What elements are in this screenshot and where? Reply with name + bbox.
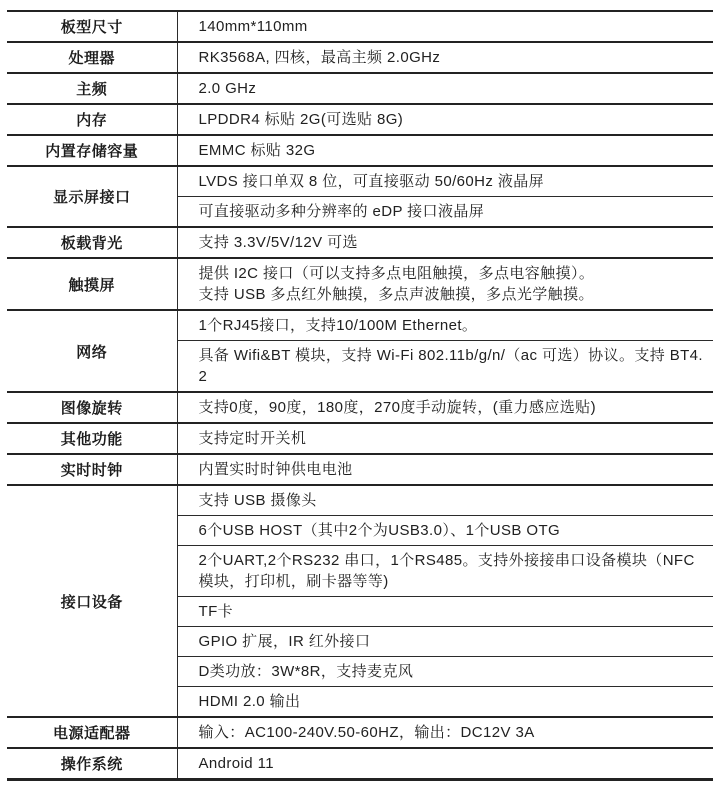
spec-value-line: EMMC 标贴 32G xyxy=(199,140,704,161)
spec-row: 图像旋转支持0度，90度，180度，270度手动旋转，(重力感应选贴) xyxy=(7,392,713,423)
spec-row: 显示屏接口LVDS 接口单双 8 位，可直接驱动 50/60Hz 液晶屏 xyxy=(7,166,713,197)
spec-value: LPDDR4 标贴 2G(可选贴 8G) xyxy=(177,104,713,135)
spec-label: 板载背光 xyxy=(7,227,177,258)
spec-value: 6个USB HOST（其中2个为USB3.0）、1个USB OTG xyxy=(177,516,713,546)
spec-row: 触摸屏提供 I2C 接口（可以支持多点电阻触摸，多点电容触摸）。支持 USB 多… xyxy=(7,258,713,310)
spec-value-line: 6个USB HOST（其中2个为USB3.0）、1个USB OTG xyxy=(199,520,704,541)
spec-value-line: Android 11 xyxy=(199,753,704,774)
spec-row: 实时时钟内置实时时钟供电电池 xyxy=(7,454,713,485)
spec-label: 实时时钟 xyxy=(7,454,177,485)
spec-label: 接口设备 xyxy=(7,485,177,717)
spec-value: 内置实时时钟供电电池 xyxy=(177,454,713,485)
spec-value-line: 支持 USB 多点红外触摸，多点声波触摸，多点光学触摸。 xyxy=(199,284,704,305)
spec-value-line: 1个RJ45接口，支持10/100M Ethernet。 xyxy=(199,315,704,336)
spec-value: 支持 USB 摄像头 xyxy=(177,485,713,516)
spec-value-line: 2.0 GHz xyxy=(199,78,704,99)
spec-value: LVDS 接口单双 8 位，可直接驱动 50/60Hz 液晶屏 xyxy=(177,166,713,197)
spec-label: 显示屏接口 xyxy=(7,166,177,227)
spec-row: 内置存储容量EMMC 标贴 32G xyxy=(7,135,713,166)
spec-row: 板载背光支持 3.3V/5V/12V 可选 xyxy=(7,227,713,258)
spec-label: 操作系统 xyxy=(7,748,177,780)
spec-value-line: HDMI 2.0 输出 xyxy=(199,691,704,712)
spec-row: 主频2.0 GHz xyxy=(7,73,713,104)
spec-value-line: 支持 3.3V/5V/12V 可选 xyxy=(199,232,704,253)
spec-value-line: 支持0度，90度，180度，270度手动旋转，(重力感应选贴) xyxy=(199,397,704,418)
spec-value-line: GPIO 扩展，IR 红外接口 xyxy=(199,631,704,652)
spec-value: 支持0度，90度，180度，270度手动旋转，(重力感应选贴) xyxy=(177,392,713,423)
spec-row: 其他功能支持定时开关机 xyxy=(7,423,713,454)
spec-label: 触摸屏 xyxy=(7,258,177,310)
spec-value: 可直接驱动多种分辨率的 eDP 接口液晶屏 xyxy=(177,197,713,228)
spec-table-body: 板型尺寸140mm*110mm处理器RK3568A, 四核，最高主频 2.0GH… xyxy=(7,11,713,780)
spec-label: 图像旋转 xyxy=(7,392,177,423)
spec-value: Android 11 xyxy=(177,748,713,780)
spec-value-line: 支持定时开关机 xyxy=(199,428,704,449)
spec-value: 2个UART,2个RS232 串口，1个RS485。支持外接接串口设备模块（NF… xyxy=(177,546,713,597)
spec-row: 板型尺寸140mm*110mm xyxy=(7,11,713,42)
spec-value: 140mm*110mm xyxy=(177,11,713,42)
spec-value: 提供 I2C 接口（可以支持多点电阻触摸，多点电容触摸）。支持 USB 多点红外… xyxy=(177,258,713,310)
spec-label: 内置存储容量 xyxy=(7,135,177,166)
spec-value: HDMI 2.0 输出 xyxy=(177,687,713,718)
spec-value: 具备 Wifi&BT 模块，支持 Wi-Fi 802.11b/g/n/（ac 可… xyxy=(177,341,713,393)
spec-value-line: 提供 I2C 接口（可以支持多点电阻触摸，多点电容触摸）。 xyxy=(199,263,704,284)
spec-value-line: 支持 USB 摄像头 xyxy=(199,490,704,511)
spec-value-line: D类功放：3W*8R，支持麦克风 xyxy=(199,661,704,682)
spec-label: 处理器 xyxy=(7,42,177,73)
spec-value: RK3568A, 四核，最高主频 2.0GHz xyxy=(177,42,713,73)
spec-label: 电源适配器 xyxy=(7,717,177,748)
spec-table: 板型尺寸140mm*110mm处理器RK3568A, 四核，最高主频 2.0GH… xyxy=(7,10,713,781)
spec-label: 其他功能 xyxy=(7,423,177,454)
spec-value-line: TF卡 xyxy=(199,601,704,622)
spec-value-line: 内置实时时钟供电电池 xyxy=(199,459,704,480)
spec-value: 输入：AC100-240V.50-60HZ，输出：DC12V 3A xyxy=(177,717,713,748)
spec-value: 2.0 GHz xyxy=(177,73,713,104)
spec-value: 支持定时开关机 xyxy=(177,423,713,454)
spec-value-line: 输入：AC100-240V.50-60HZ，输出：DC12V 3A xyxy=(199,722,704,743)
spec-value: TF卡 xyxy=(177,597,713,627)
spec-label: 主频 xyxy=(7,73,177,104)
spec-value-line: 具备 Wifi&BT 模块，支持 Wi-Fi 802.11b/g/n/（ac 可… xyxy=(199,345,704,387)
spec-sheet: 板型尺寸140mm*110mm处理器RK3568A, 四核，最高主频 2.0GH… xyxy=(0,0,721,791)
spec-row: 电源适配器输入：AC100-240V.50-60HZ，输出：DC12V 3A xyxy=(7,717,713,748)
spec-row: 内存LPDDR4 标贴 2G(可选贴 8G) xyxy=(7,104,713,135)
spec-label: 网络 xyxy=(7,310,177,392)
spec-label: 内存 xyxy=(7,104,177,135)
spec-value-line: RK3568A, 四核，最高主频 2.0GHz xyxy=(199,47,704,68)
spec-value: D类功放：3W*8R，支持麦克风 xyxy=(177,657,713,687)
spec-value-line: LPDDR4 标贴 2G(可选贴 8G) xyxy=(199,109,704,130)
spec-row: 网络1个RJ45接口，支持10/100M Ethernet。 xyxy=(7,310,713,341)
spec-value-line: 2个UART,2个RS232 串口，1个RS485。支持外接接串口设备模块（NF… xyxy=(199,550,704,592)
spec-value: 支持 3.3V/5V/12V 可选 xyxy=(177,227,713,258)
spec-value-line: LVDS 接口单双 8 位，可直接驱动 50/60Hz 液晶屏 xyxy=(199,171,704,192)
spec-label: 板型尺寸 xyxy=(7,11,177,42)
spec-row: 处理器RK3568A, 四核，最高主频 2.0GHz xyxy=(7,42,713,73)
spec-value-line: 140mm*110mm xyxy=(199,16,704,37)
spec-value: 1个RJ45接口，支持10/100M Ethernet。 xyxy=(177,310,713,341)
spec-row: 接口设备支持 USB 摄像头 xyxy=(7,485,713,516)
spec-value: GPIO 扩展，IR 红外接口 xyxy=(177,627,713,657)
spec-row: 操作系统Android 11 xyxy=(7,748,713,780)
spec-value-line: 可直接驱动多种分辨率的 eDP 接口液晶屏 xyxy=(199,201,704,222)
spec-value: EMMC 标贴 32G xyxy=(177,135,713,166)
